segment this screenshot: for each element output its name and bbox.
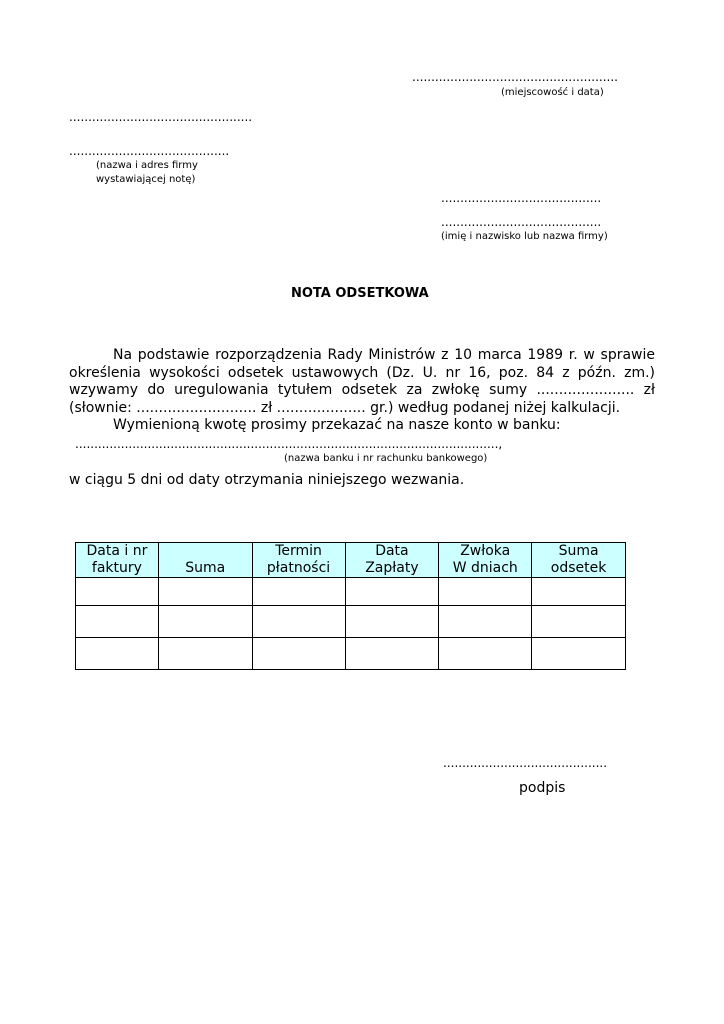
sender-label-line2: wystawiającej notę) [96,174,195,185]
table-header-row: Data i nrfaktury Suma Terminpłatności Da… [76,543,626,578]
table-cell[interactable] [76,578,159,606]
payment-deadline-text: w ciągu 5 dni od daty otrzymania niniejs… [69,472,464,488]
recipient-line1-field[interactable]: ........................................… [441,191,601,205]
column-header-invoice: Data i nrfaktury [76,543,159,578]
table-cell[interactable] [532,578,626,606]
table-cell[interactable] [439,638,532,670]
table-cell[interactable] [532,606,626,638]
place-date-field[interactable]: ........................................… [412,70,618,84]
table-row [76,578,626,606]
recipient-line2-field[interactable]: ........................................… [441,215,601,229]
sender-address-field[interactable]: ........................................… [69,144,229,158]
column-header-delay-days: ZwłokaW dniach [439,543,532,578]
table-cell[interactable] [345,606,439,638]
table-cell[interactable] [158,578,252,606]
paragraph-transfer-request: Wymienioną kwotę prosimy przekazać na na… [69,417,655,435]
signature-field[interactable]: ........................................… [443,756,607,770]
table-row [76,638,626,670]
document-title: NOTA ODSETKOWA [291,286,429,301]
table-cell[interactable] [76,638,159,670]
table-cell[interactable] [158,606,252,638]
bank-account-field[interactable]: ........................................… [75,437,502,451]
signature-label: podpis [519,780,565,796]
table-cell[interactable] [252,578,345,606]
table-cell[interactable] [76,606,159,638]
recipient-label: (imię i nazwisko lub nazwa firmy) [441,231,608,242]
sender-label-line1: (nazwa i adres firmy [96,160,198,171]
table-cell[interactable] [345,578,439,606]
table-cell[interactable] [532,638,626,670]
table-cell[interactable] [252,638,345,670]
paragraph-basis: Na podstawie rozporządzenia Rady Ministr… [69,347,655,417]
body-text: Na podstawie rozporządzenia Rady Ministr… [69,347,655,435]
table-cell[interactable] [439,578,532,606]
column-header-payment-date: DataZapłaty [345,543,439,578]
column-header-due-date: Terminpłatności [252,543,345,578]
place-date-label: (miejscowość i data) [501,87,604,98]
table-cell[interactable] [158,638,252,670]
table-row [76,606,626,638]
table-cell[interactable] [439,606,532,638]
column-header-amount: Suma [158,543,252,578]
interest-calculation-table: Data i nrfaktury Suma Terminpłatności Da… [75,542,626,670]
table-cell[interactable] [345,638,439,670]
bank-account-label: (nazwa banku i nr rachunku bankowego) [284,453,487,464]
sender-name-field[interactable]: ........................................… [69,110,252,124]
column-header-interest-sum: Sumaodsetek [532,543,626,578]
table-cell[interactable] [252,606,345,638]
